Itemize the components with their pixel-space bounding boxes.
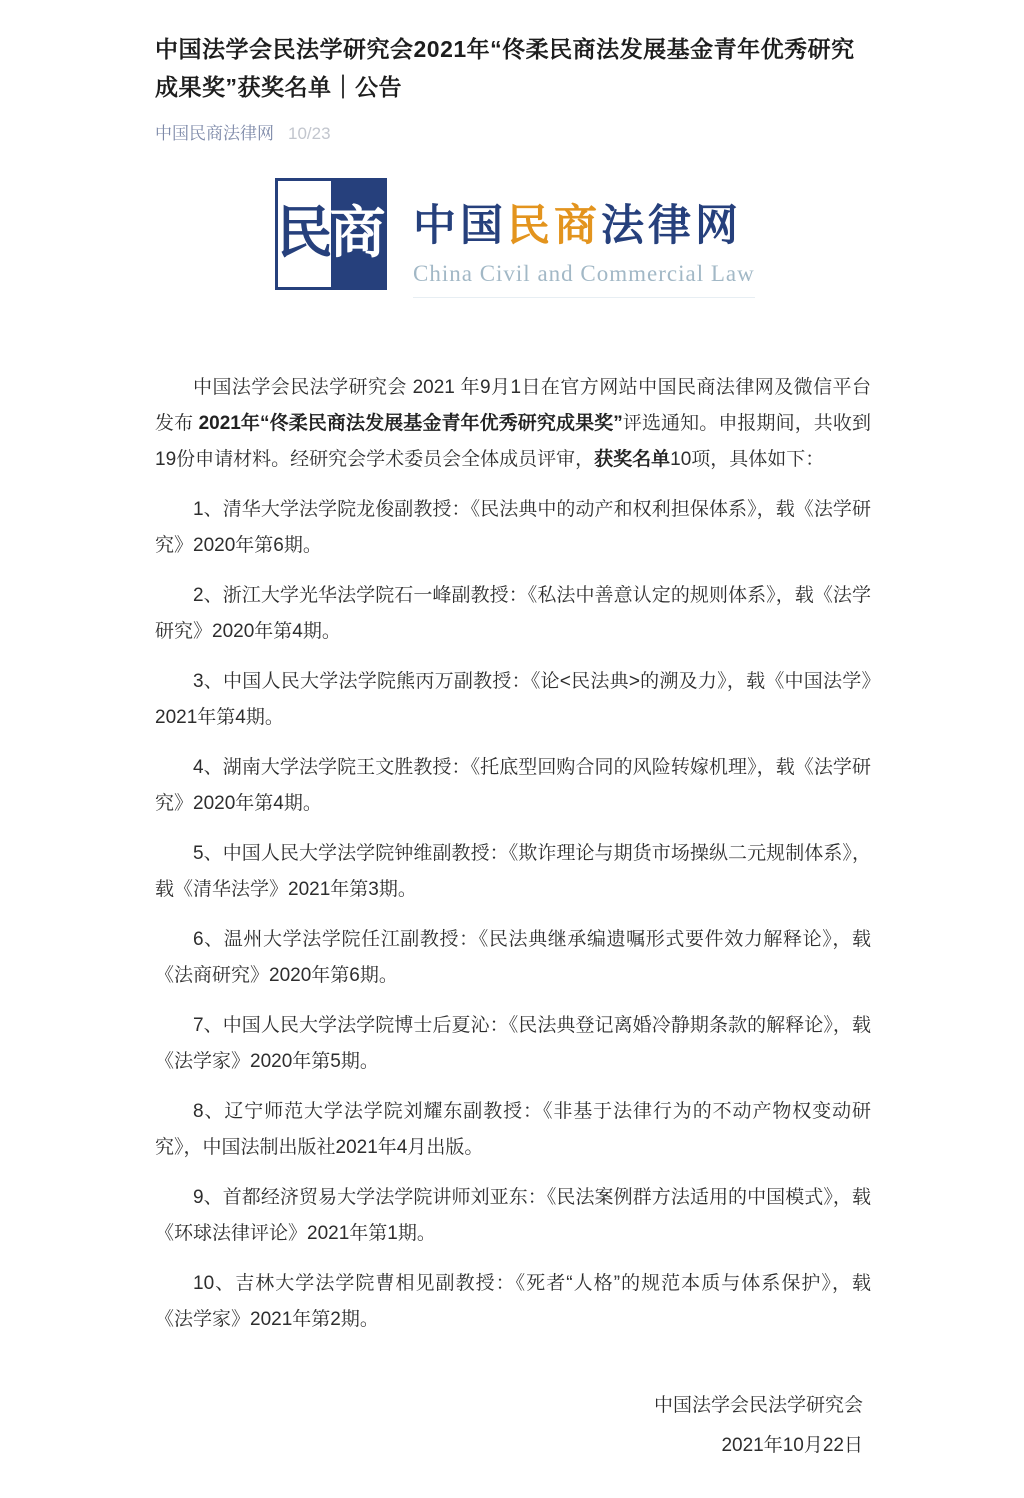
emblem-shang-character: 商 (331, 181, 384, 287)
list-item: 9、首都经济贸易大学法学院讲师刘亚东：《民法案例群方法适用的中国模式》，载《环球… (155, 1180, 871, 1252)
article-meta: 中国民商法律网 10/23 (155, 119, 880, 144)
source-link[interactable]: 中国民商法律网 (155, 119, 274, 144)
winners-list: 1、清华大学法学院龙俊副教授：《民法典中的动产和权利担保体系》，载《法学研究》2… (155, 492, 871, 1338)
logo-name-part3: 法律网 (601, 202, 742, 250)
article-page: 中国法学会民法学研究会2021年“佟柔民商法发展基金青年优秀研究成果奖”获奖名单… (0, 0, 880, 1466)
footer-date: 2021年10月22日 (155, 1426, 863, 1466)
page-title: 中国法学会民法学研究会2021年“佟柔民商法发展基金青年优秀研究成果奖”获奖名单… (155, 30, 861, 106)
logo-name-part1: 中国 (413, 202, 507, 250)
list-item: 5、中国人民大学法学院钟维副教授：《欺诈理论与期货市场操纵二元规制体系》，载《清… (155, 836, 871, 908)
list-item: 2、浙江大学光华法学院石一峰副教授：《私法中善意认定的规则体系》，载《法学研究》… (155, 578, 871, 650)
publish-date: 10/23 (288, 124, 331, 144)
list-item: 8、辽宁师范大学法学院刘耀东副教授：《非基于法律行为的不动产物权变动研究》，中国… (155, 1094, 871, 1166)
logo-name-part2: 民商 (507, 202, 601, 250)
list-item: 10、吉林大学法学院曹相见副教授：《死者“人格”的规范本质与体系保护》，载《法学… (155, 1266, 871, 1338)
list-item: 4、湖南大学法学院王文胜教授：《托底型回购合同的风险转嫁机理》，载《法学研究》2… (155, 750, 871, 822)
footer-signature: 中国法学会民法学研究会 (155, 1386, 863, 1426)
emblem-min-character: 民 (278, 181, 331, 287)
list-item: 1、清华大学法学院龙俊副教授：《民法典中的动产和权利担保体系》，载《法学研究》2… (155, 492, 871, 564)
intro-paragraph: 中国法学会民法学研究会 2021 年9月1日在官方网站中国民商法律网及微信平台发… (155, 370, 871, 478)
logo-subtitle: China Civil and Commercial Law (413, 261, 755, 298)
logo-emblem-icon: 民 商 (275, 178, 387, 290)
list-item: 7、中国人民大学法学院博士后夏沁：《民法典登记离婚冷静期条款的解释论》，载《法学… (155, 1008, 871, 1080)
site-logo: 民 商 中国民商法律网 China Civil and Commercial L… (275, 178, 880, 298)
article-footer: 中国法学会民法学研究会 2021年10月22日 (155, 1386, 871, 1466)
intro-highlight: 2021年“佟柔民商法发展基金青年优秀研究成果奖” (199, 413, 623, 434)
intro-highlight: 获奖名单 (594, 449, 670, 470)
intro-text: 10项，具体如下： (670, 449, 824, 470)
list-item: 3、中国人民大学法学院熊丙万副教授：《论<民法典>的溯及力》，载《中国法学》20… (155, 664, 871, 736)
article-body: 中国法学会民法学研究会 2021 年9月1日在官方网站中国民商法律网及微信平台发… (155, 370, 871, 1338)
logo-name: 中国民商法律网 (413, 192, 755, 253)
logo-text: 中国民商法律网 China Civil and Commercial Law (413, 178, 755, 298)
list-item: 6、温州大学法学院任江副教授：《民法典继承编遗嘱形式要件效力解释论》，载《法商研… (155, 922, 871, 994)
